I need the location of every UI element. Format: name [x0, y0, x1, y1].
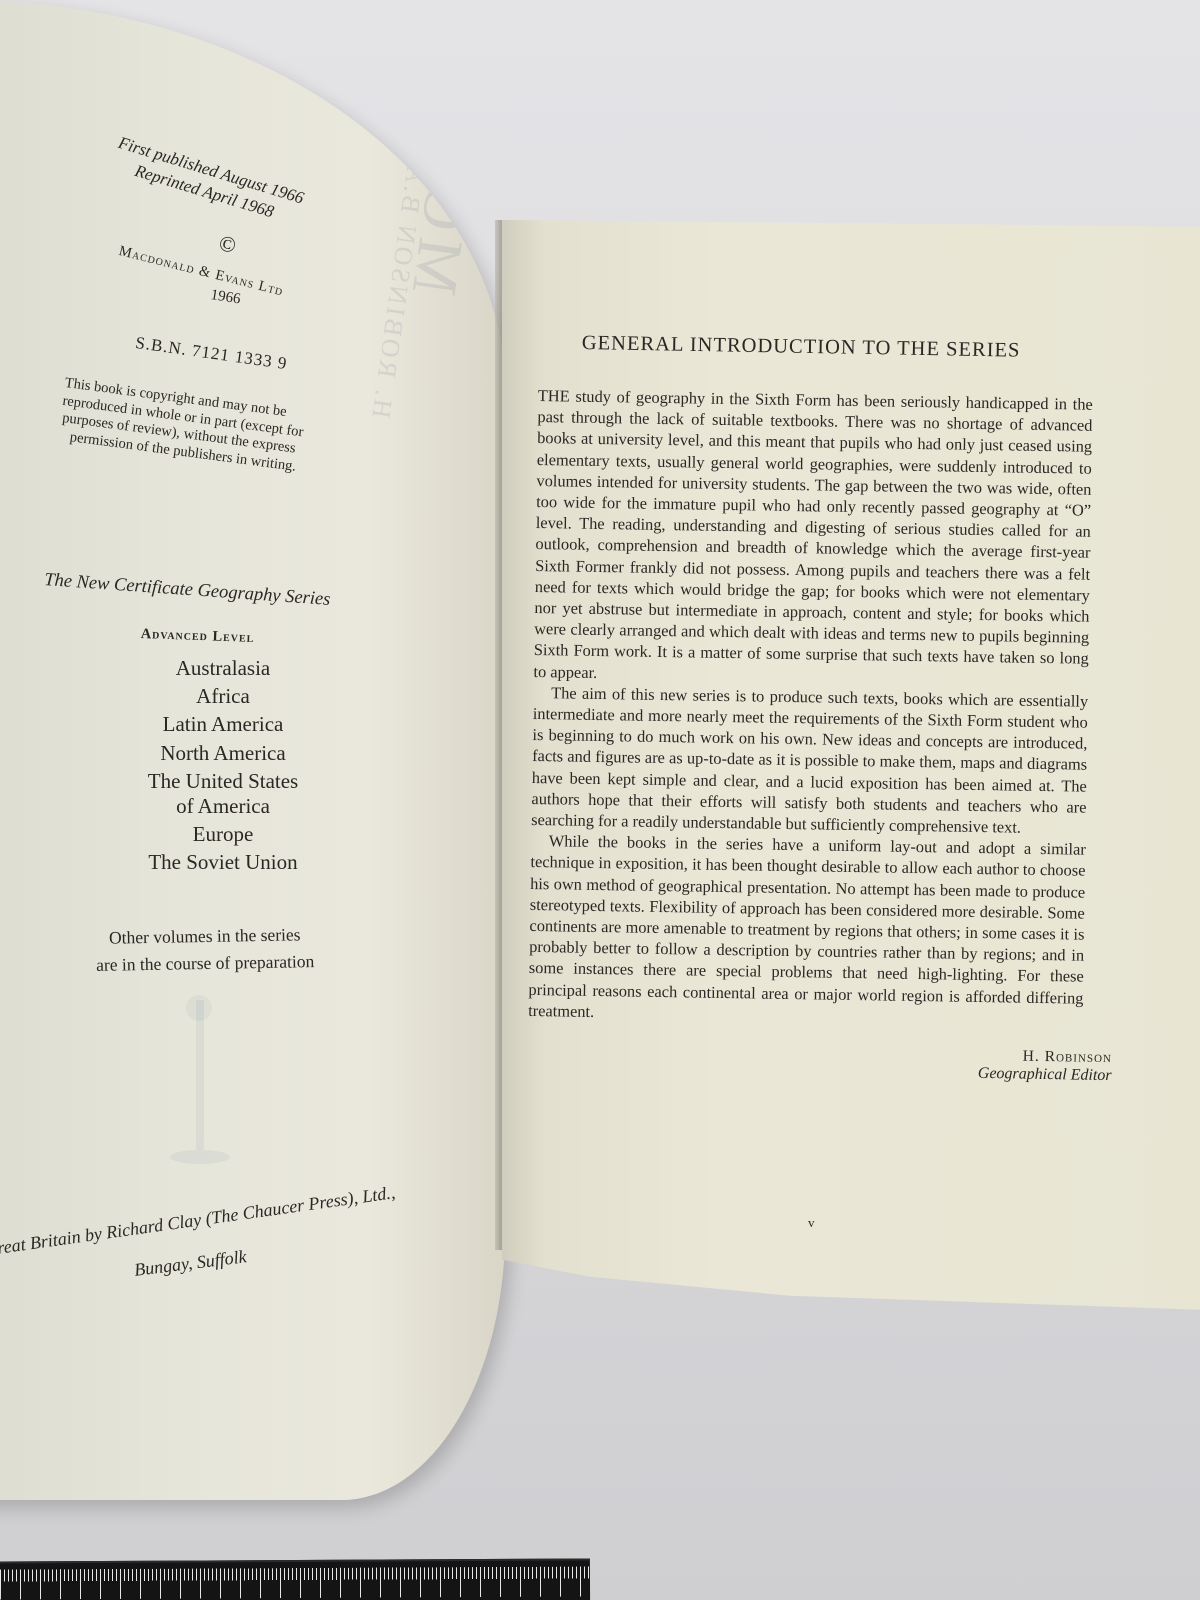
copyright-notice: This book is copyright and may not be re… — [57, 375, 307, 476]
volume-item: Australasia — [78, 654, 368, 682]
series-level: Advanced Level — [140, 626, 254, 647]
sbn-number: S.B.N. 7121 1333 9 — [134, 333, 288, 374]
show-through-emblem-base — [170, 1150, 230, 1164]
volume-item: The United States — [78, 767, 368, 795]
signature-block: H. Robinson Geographical Editor — [978, 1047, 1112, 1085]
right-page: GENERAL INTRODUCTION TO THE SERIES THE s… — [502, 220, 1200, 1350]
page-title: GENERAL INTRODUCTION TO THE SERIES — [582, 332, 1021, 363]
show-through-emblem-top — [186, 995, 212, 1021]
volume-item: of America — [78, 792, 368, 820]
volume-item: North America — [78, 739, 368, 767]
signature-name: H. Robinson — [978, 1047, 1112, 1067]
volume-item: Africa — [78, 682, 368, 710]
signature-role: Geographical Editor — [978, 1065, 1112, 1085]
paragraph: The aim of this new series is to produce… — [531, 682, 1088, 839]
introduction-body: THE study of geography in the Sixth Form… — [528, 385, 1093, 1030]
publisher-year: 1966 — [209, 287, 241, 308]
series-title: The New Certificate Geography Series — [44, 570, 331, 611]
volume-item: Europe — [78, 820, 368, 848]
series-volume-list: Australasia Africa Latin America North A… — [78, 654, 368, 877]
copyright-symbol: © — [217, 230, 239, 259]
series-note: Other volumes in the series are in the c… — [60, 920, 351, 979]
show-through-emblem — [196, 1000, 204, 1150]
volume-item: Latin America — [78, 710, 368, 738]
imprint-dates: First published August 1966 Reprinted Ap… — [109, 132, 306, 230]
printer-location: Bungay, Suffolk — [133, 1246, 248, 1281]
ruler-major-ticks — [0, 1566, 590, 1599]
paragraph: THE study of geography in the Sixth Form… — [533, 385, 1093, 691]
series-note-line: are in the course of preparation — [60, 947, 350, 979]
page-number: v — [808, 1215, 815, 1231]
publisher-name: Macdonald & Evans Ltd — [117, 243, 285, 300]
left-page: MONSOON ASIA H. ROBINSON B.A., M.Ed., Ph… — [0, 0, 505, 1500]
measuring-ruler — [0, 1558, 590, 1600]
volume-item: The Soviet Union — [78, 848, 368, 876]
paragraph: While the books in the series have a uni… — [528, 830, 1086, 1030]
printer-line: reat Britain by Richard Clay (The Chauce… — [0, 1182, 396, 1259]
